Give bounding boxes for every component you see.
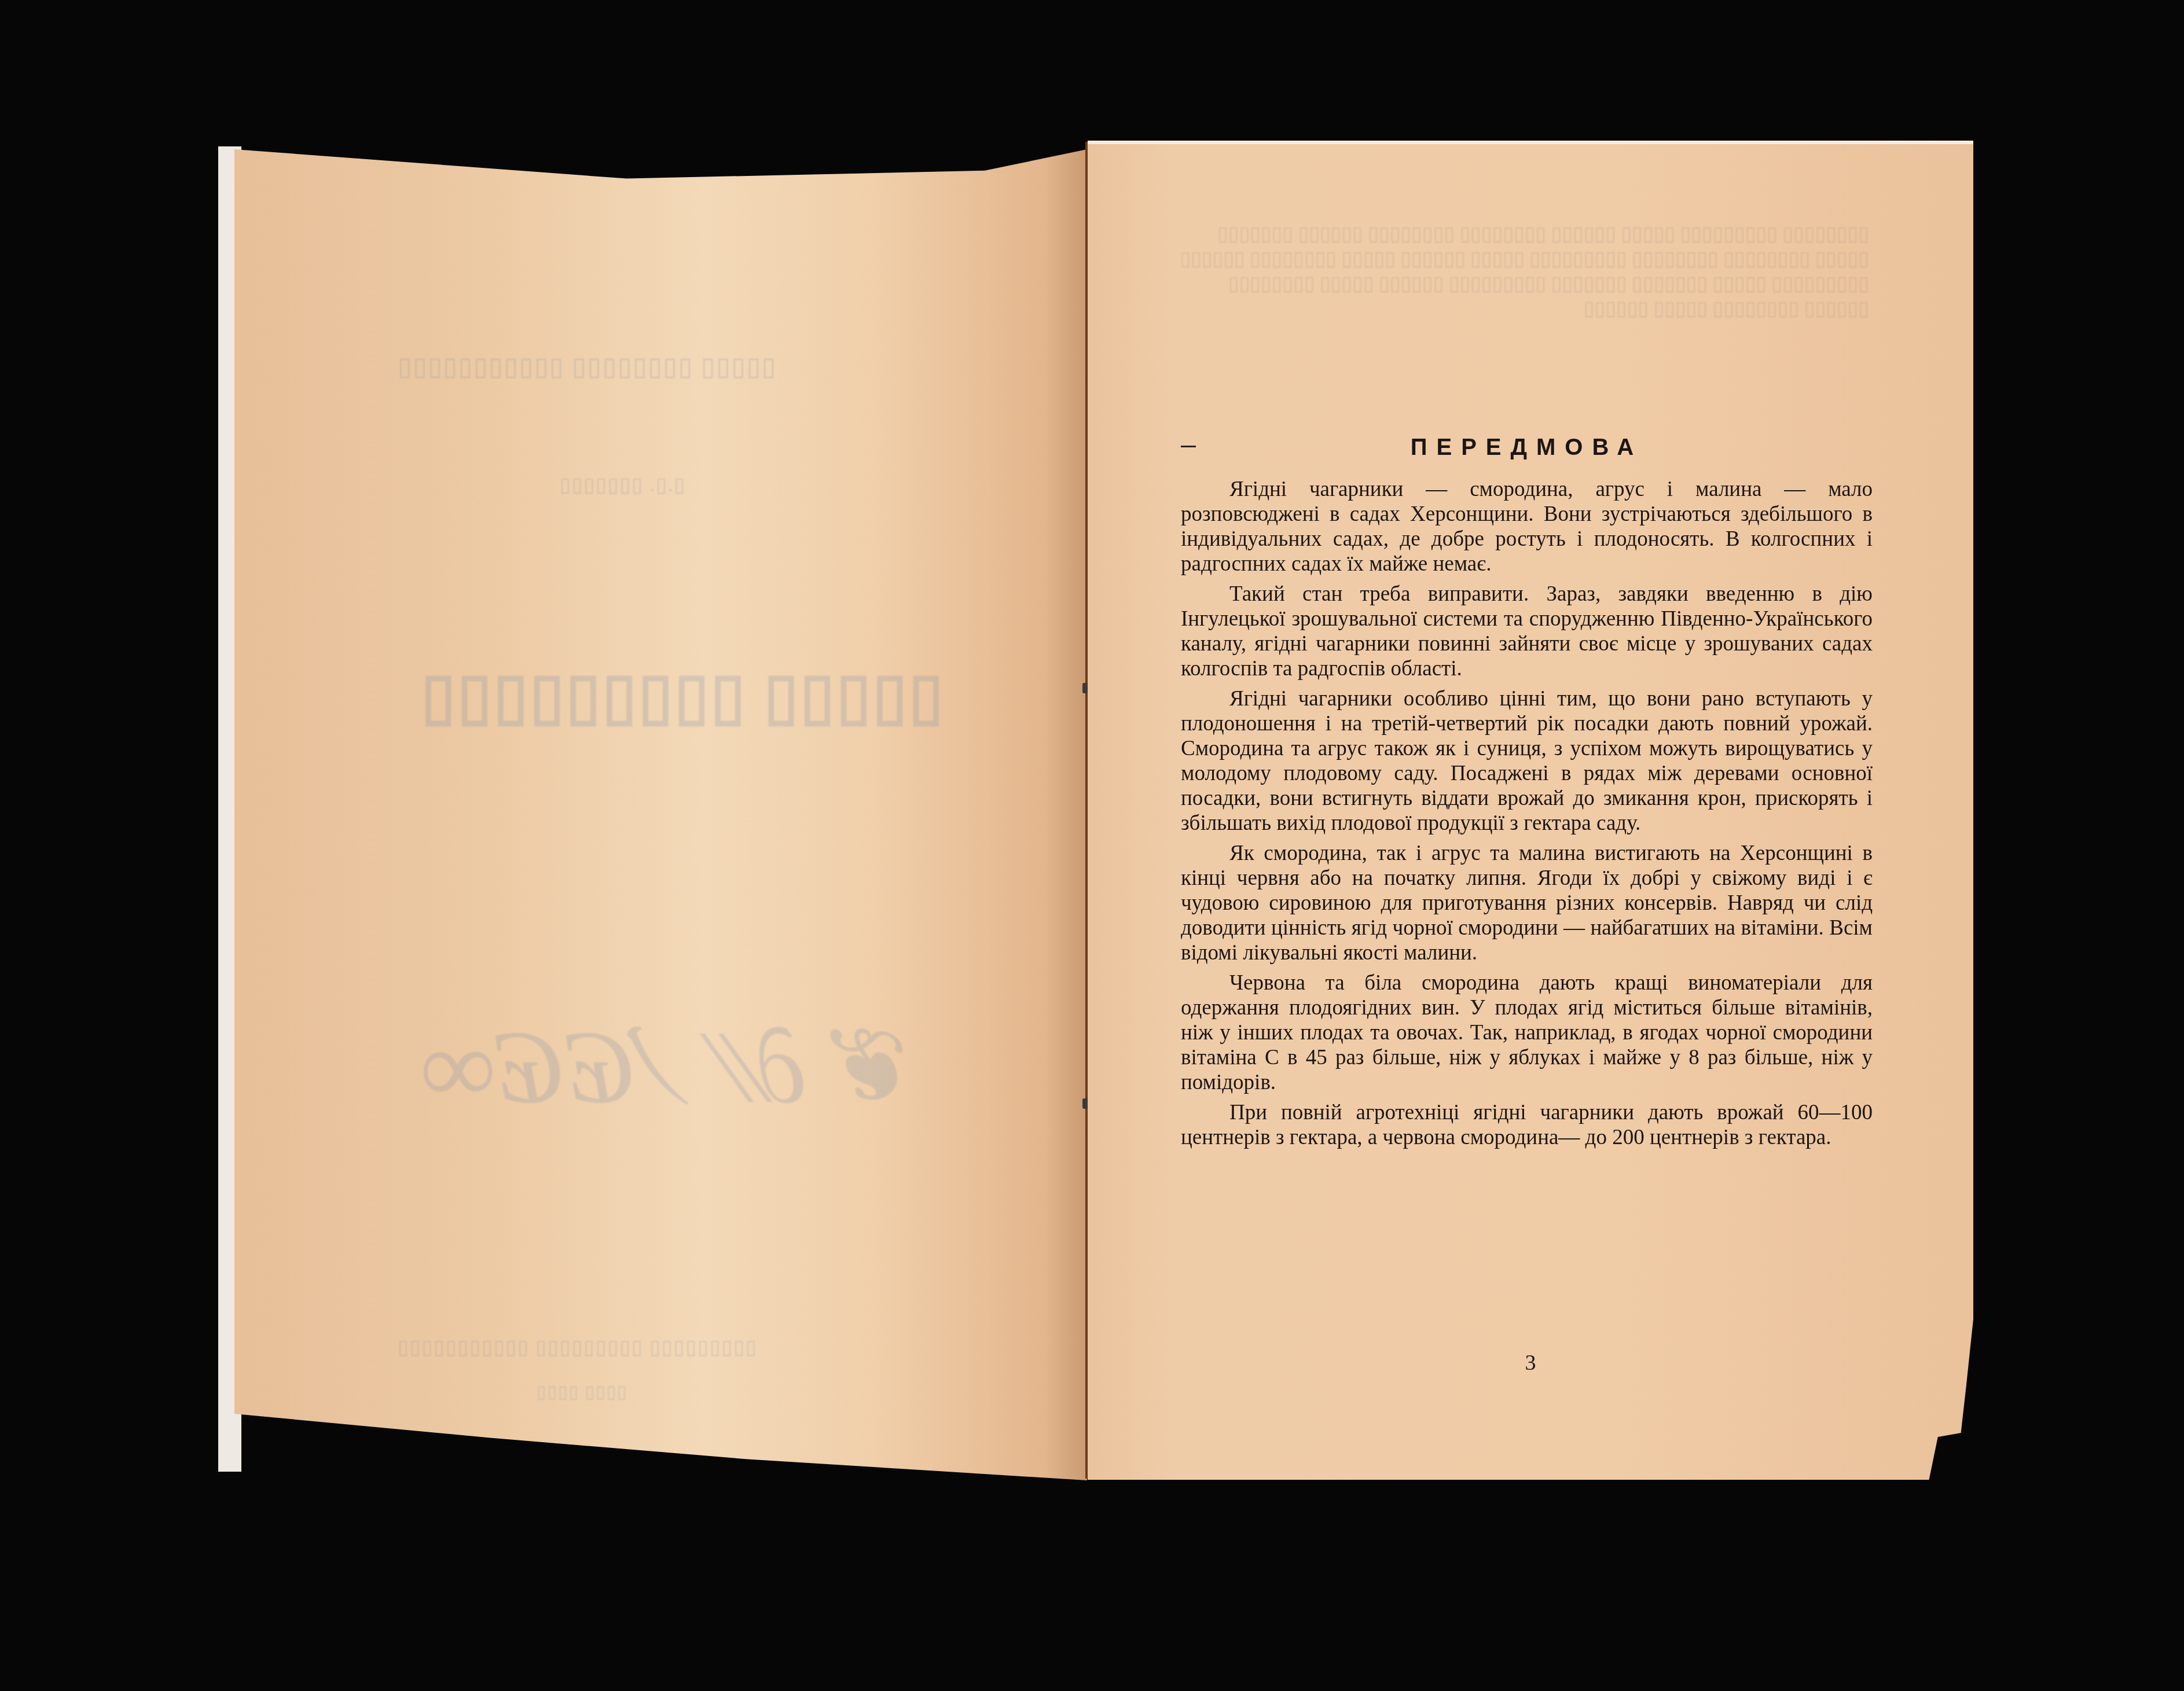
scan-scene: ▯▯▯▯▯ ▯▯▯▯▯▯▯▯ ▯▯▯▯▯▯▯▯▯▯▯ ▯.▯. ▯▯▯▯▯▯▯ …: [0, 0, 2184, 1691]
book-spine: [1085, 142, 1088, 1479]
paragraph: Такий стан треба виправити. Зараз, завдя…: [1181, 582, 1873, 681]
bleed-through-line: ▯.▯. ▯▯▯▯▯▯▯: [559, 473, 685, 497]
paragraph: При повній агротехніці ягідні чагарники …: [1181, 1100, 1873, 1150]
staple-icon: [1082, 683, 1088, 693]
bleed-through-line: ▯▯▯▯▯▯▯▯▯ ▯▯▯▯▯▯▯▯▯ ▯▯▯▯▯▯▯▯▯▯▯: [397, 1336, 757, 1359]
bleed-through-line: ▯▯▯▯ ▯▯▯▯: [535, 1382, 627, 1402]
bleed-through-line: ▯▯▯▯▯ ▯▯▯▯▯▯▯▯ ▯▯▯▯▯▯▯▯▯▯▯: [397, 352, 776, 381]
page-title: ПЕРЕДМОВА: [1181, 433, 1873, 462]
bleed-through-text: ▯▯▯▯▯▯▯▯ ▯▯▯▯▯▯▯▯▯ ▯▯▯▯▯ ▯▯▯▯▯▯ ▯▯▯▯▯▯▯▯…: [1174, 222, 1869, 321]
bleed-through-illustration: ❦ ∂∕∕ ﾉ₢₢∞: [420, 983, 922, 1132]
heading-dash: [1181, 446, 1196, 447]
preface-text-block: ПЕРЕДМОВА Ягідні чагарники — смородина, …: [1181, 433, 1873, 1155]
paragraph: Червона та біла смородина дають кращі ви…: [1181, 971, 1873, 1095]
page-number: 3: [1088, 1350, 1973, 1376]
paragraph: Ягідні чагарники — смородина, агрус і ма…: [1181, 477, 1873, 576]
paragraph: Як смородина, так і агрус та малина вист…: [1181, 841, 1873, 965]
right-page: ▯▯▯▯▯▯▯▯ ▯▯▯▯▯▯▯▯▯ ▯▯▯▯▯ ▯▯▯▯▯▯ ▯▯▯▯▯▯▯▯…: [1088, 141, 1973, 1480]
paragraph: Ягідні чагарники особливо цінні тим, що …: [1181, 686, 1873, 836]
bleed-through-title: ▯▯▯▯▯ ▯▯▯▯▯▯▯▯▯: [420, 659, 944, 733]
left-page: ▯▯▯▯▯ ▯▯▯▯▯▯▯▯ ▯▯▯▯▯▯▯▯▯▯▯ ▯.▯. ▯▯▯▯▯▯▯ …: [234, 149, 1087, 1480]
staple-icon: [1082, 1098, 1088, 1109]
